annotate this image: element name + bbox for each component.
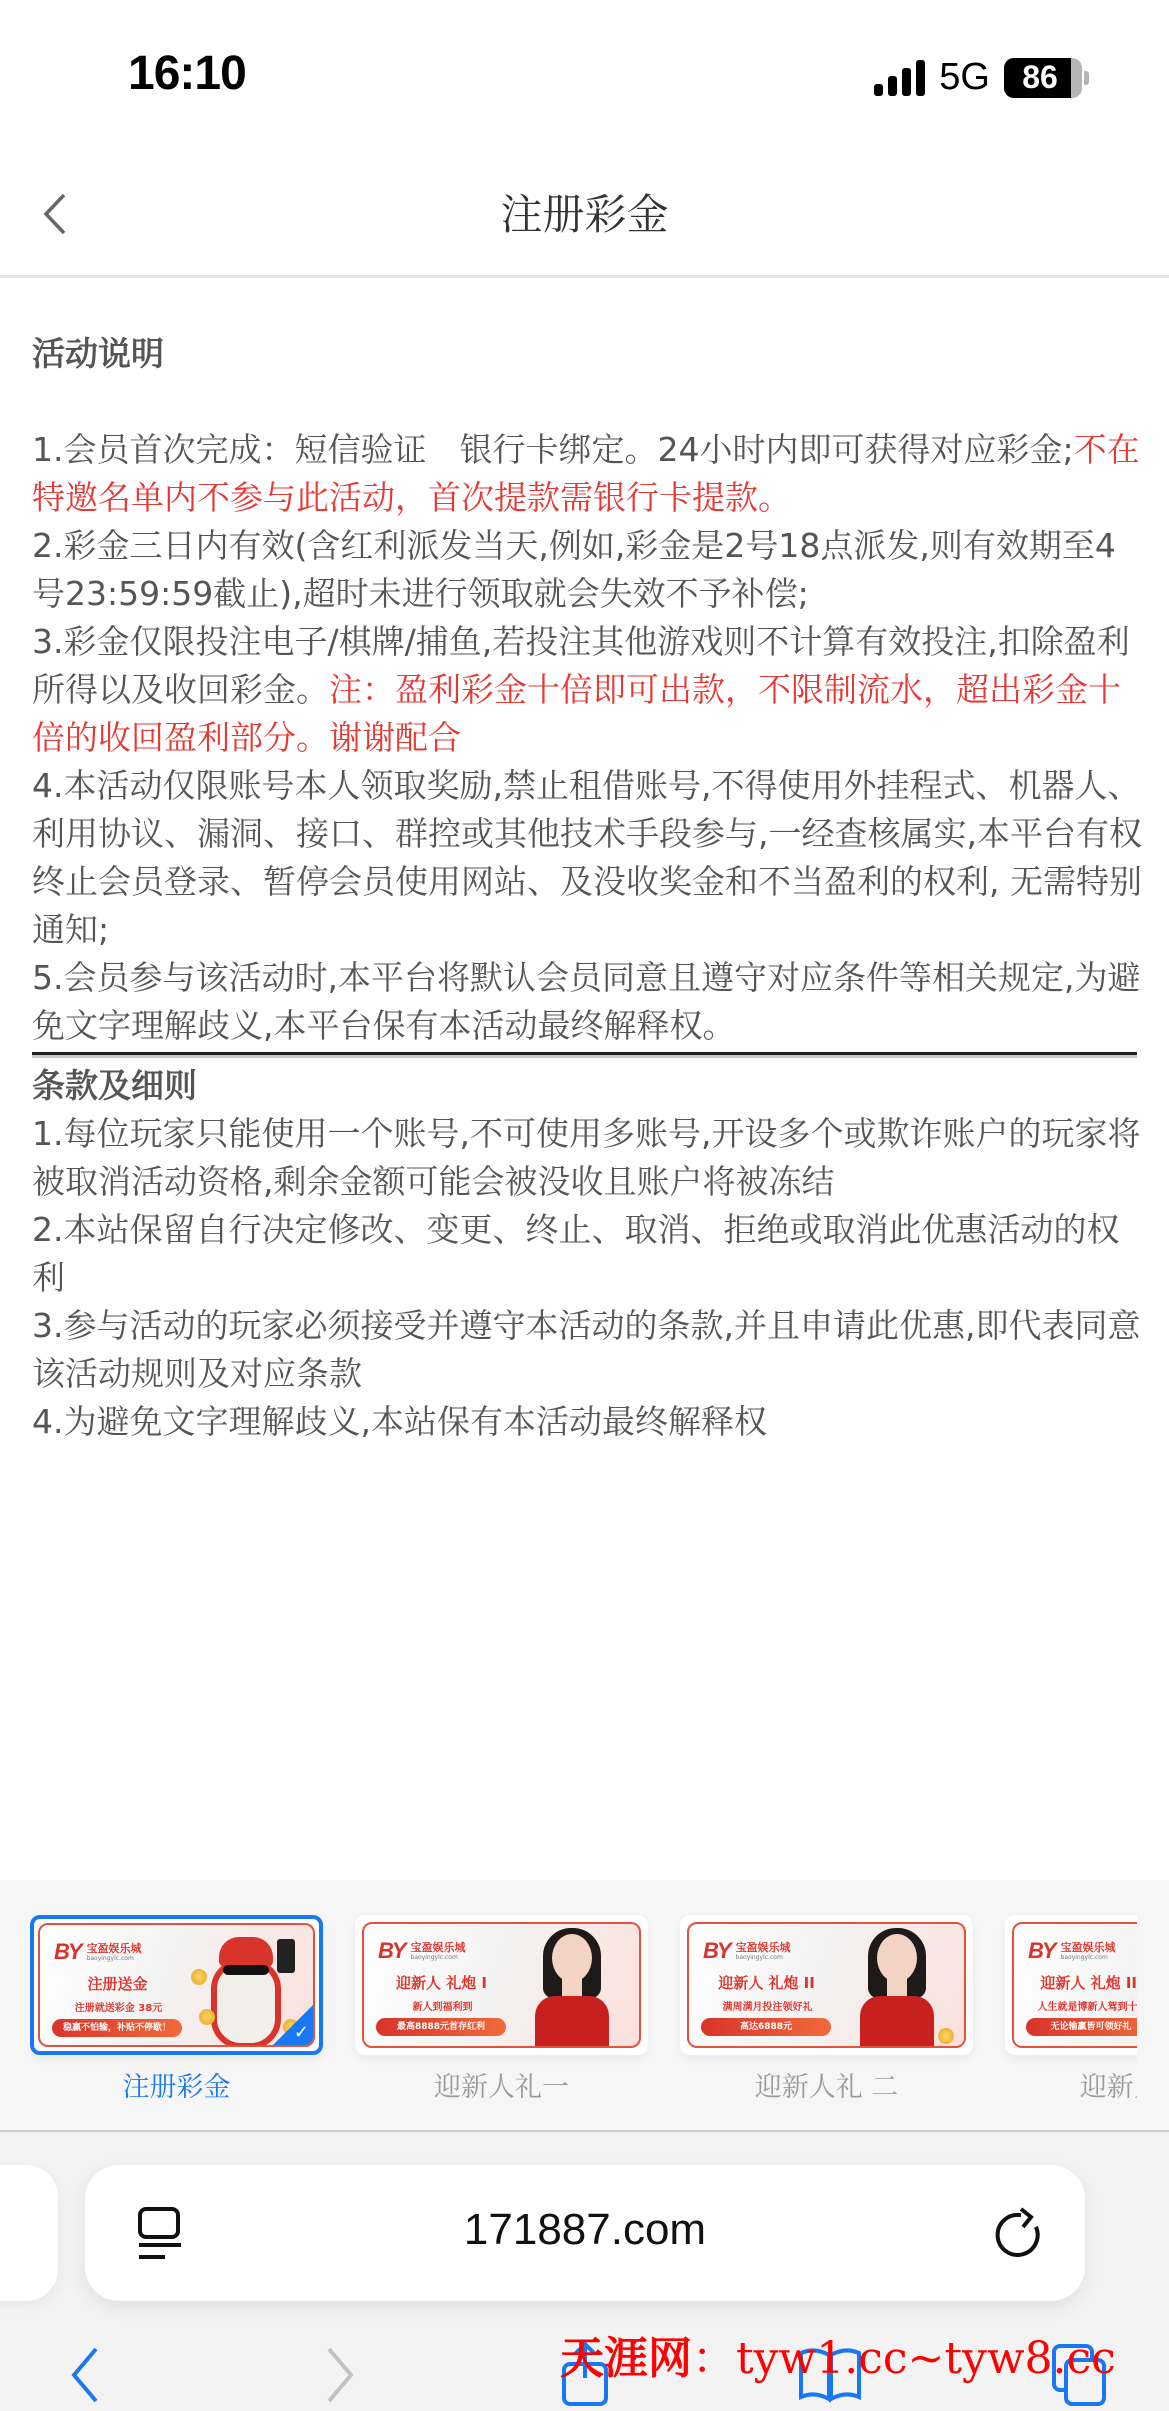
banner-headline: 迎新人 礼炮 II: [699, 1972, 834, 1993]
activity-item-text: 2.彩金三日内有效(含红利派发当天,例如,彩金是2号18点派发,则有效期至4号2…: [32, 526, 1116, 613]
terms-item-2: 2.本站保留自行决定修改、变更、终止、取消、拒绝或取消此优惠活动的权利: [32, 1206, 1142, 1302]
activity-item-1: 1.会员首次完成：短信验证 银行卡绑定。24小时内即可获得对应彩金;不在特邀名单…: [32, 426, 1142, 522]
banner-sub: 注册就送彩金 38元: [46, 1999, 191, 2014]
promo-banner: BY 宝盈娱乐城baoyingylc.com 迎新人 礼炮 II 满周满月投注领…: [687, 1922, 966, 2048]
page-title: 注册彩金: [0, 182, 1169, 242]
banner-headline: 迎新人 礼炮 I: [374, 1972, 509, 1993]
banner-headline: 注册送金: [50, 1973, 185, 1994]
activity-item-text: 1.会员首次完成：短信验证 银行卡绑定。24小时内即可获得对应彩金;: [32, 430, 1074, 469]
browser-bottom-bar: 171887.com: [0, 2130, 1169, 2411]
promo-card-register-bonus[interactable]: BY 宝盈娱乐城baoyingylc.com 注册送金 注册就送彩金 38元 稳…: [30, 1915, 323, 2105]
promo-banner: BY 宝盈娱乐城baoyingylc.com 迎新人 礼炮 I 新人到福利到 最…: [362, 1922, 641, 2048]
signal-icon: [874, 60, 925, 96]
banner-sub: 新人到福利到: [370, 1998, 515, 2013]
terms-item-3: 3.参与活动的玩家必须接受并遵守本活动的条款,并且申请此优惠,即代表同意该活动规…: [32, 1302, 1142, 1398]
promo-thumbnail: BY 宝盈娱乐城baoyingylc.com 注册送金 注册就送彩金 38元 稳…: [30, 1915, 323, 2055]
nav-header: 注册彩金: [0, 150, 1169, 278]
promo-thumbnail: BY 宝盈娱乐城baoyingylc.com 迎新人 礼炮 I 新人到福利到 最…: [355, 1915, 648, 2055]
watermark-separator: ：: [692, 2333, 736, 2384]
chevron-right-icon: [325, 2347, 355, 2403]
activity-heading: 活动说明: [32, 330, 1142, 378]
url-text[interactable]: 171887.com: [85, 2205, 1085, 2255]
banner-pill: 无论输赢皆可领好礼: [1026, 2018, 1137, 2036]
banner-pill: 高达6888元: [701, 2018, 831, 2036]
watermark-overlay: 天涯网：tyw1.cc~tyw8.cc: [560, 2322, 1116, 2386]
browser-forward-button[interactable]: [305, 2340, 375, 2410]
battery-tip: [1084, 71, 1089, 85]
status-bar: 16:10 5G 86: [0, 0, 1169, 150]
chevron-left-icon: [70, 2347, 100, 2403]
model-image: [842, 1928, 952, 2048]
brand-logo: BY 宝盈娱乐城baoyingylc.com: [1028, 1938, 1116, 1964]
status-indicators: 5G 86: [874, 56, 1089, 99]
watermark-domains: tyw1.cc~tyw8.cc: [736, 2333, 1116, 2384]
banner-headline: 迎新人 礼炮 III: [1024, 1972, 1137, 1993]
activity-item-5: 5.会员参与该活动时,本平台将默认会员同意且遵守对应条件等相关规定,为避免文字理…: [32, 954, 1142, 1050]
model-image: [517, 1928, 627, 2048]
terms-item-4: 4.为避免文字理解歧义,本站保有本活动最终解释权: [32, 1398, 1142, 1446]
activity-item-text: 5.会员参与该活动时,本平台将默认会员同意且遵守对应条件等相关规定,为避免文字理…: [32, 958, 1140, 1045]
section-divider: [32, 1052, 1137, 1058]
activity-item-4: 4.本活动仅限账号本人领取奖励,禁止租借账号,不得使用外挂程式、机器人、利用协议…: [32, 762, 1142, 954]
activity-item-2: 2.彩金三日内有效(含红利派发当天,例如,彩金是2号18点派发,则有效期至4号2…: [32, 522, 1142, 618]
promo-label: 迎新人礼 三: [1005, 2065, 1137, 2104]
promo-thumbnail: BY 宝盈娱乐城baoyingylc.com 迎新人 礼炮 II 满周满月投注领…: [680, 1915, 973, 2055]
terms-heading: 条款及细则: [32, 1062, 1142, 1110]
promo-carousel[interactable]: BY 宝盈娱乐城baoyingylc.com 注册送金 注册就送彩金 38元 稳…: [0, 1880, 1169, 2130]
brand-logo: BY 宝盈娱乐城baoyingylc.com: [378, 1938, 466, 1964]
content: 活动说明 1.会员首次完成：短信验证 银行卡绑定。24小时内即可获得对应彩金;不…: [32, 330, 1142, 1446]
banner-pill: 稳赢不怕输，补贴不停歇！: [52, 2019, 182, 2037]
checkmark-icon: ✓: [294, 2022, 309, 2043]
spacer: [32, 378, 1142, 426]
status-time: 16:10: [128, 46, 246, 101]
promo-card-newcomer-3[interactable]: BY 宝盈娱乐城baoyingylc.com 迎新人 礼炮 III 人生就是博新…: [1005, 1915, 1137, 2105]
activity-item-3: 3.彩金仅限投注电子/棋牌/捕鱼,若投注其他游戏则不计算有效投注,扣除盈利所得以…: [32, 618, 1142, 762]
banner-sub: 满周满月投注领好礼: [695, 1998, 840, 2013]
battery-level: 86: [1004, 58, 1076, 98]
activity-item-text: 4.本活动仅限账号本人领取奖励,禁止租借账号,不得使用外挂程式、机器人、利用协议…: [32, 766, 1142, 949]
promo-card-newcomer-2[interactable]: BY 宝盈娱乐城baoyingylc.com 迎新人 礼炮 II 满周满月投注领…: [680, 1915, 973, 2105]
reload-icon[interactable]: [989, 2203, 1049, 2263]
promo-thumbnail: BY 宝盈娱乐城baoyingylc.com 迎新人 礼炮 III 人生就是博新…: [1005, 1915, 1137, 2055]
banner-pill: 最高8888元首存红利: [376, 2018, 506, 2036]
browser-back-button[interactable]: [50, 2340, 120, 2410]
promo-label: 迎新人礼 二: [680, 2065, 973, 2104]
promo-card-newcomer-1[interactable]: BY 宝盈娱乐城baoyingylc.com 迎新人 礼炮 I 新人到福利到 最…: [355, 1915, 648, 2105]
promo-banner: BY 宝盈娱乐城baoyingylc.com 注册送金 注册就送彩金 38元 稳…: [38, 1923, 315, 2047]
banner-sub: 人生就是博新人驾到十元: [1020, 1998, 1137, 2013]
battery-icon: 86: [1004, 58, 1082, 98]
previous-tab-preview[interactable]: [0, 2165, 58, 2301]
watermark-site: 天涯网: [560, 2333, 692, 2384]
promo-label: 迎新人礼一: [355, 2065, 648, 2104]
carousel-track: BY 宝盈娱乐城baoyingylc.com 注册送金 注册就送彩金 38元 稳…: [30, 1880, 1137, 2130]
address-bar[interactable]: 171887.com: [85, 2165, 1085, 2301]
terms-item-1: 1.每位玩家只能使用一个账号,不可使用多账号,开设多个或欺诈账户的玩家将被取消活…: [32, 1110, 1142, 1206]
brand-logo: BY 宝盈娱乐城baoyingylc.com: [703, 1938, 791, 1964]
network-type: 5G: [939, 56, 990, 99]
promo-banner: BY 宝盈娱乐城baoyingylc.com 迎新人 礼炮 III 人生就是博新…: [1012, 1922, 1137, 2048]
promo-label: 注册彩金: [30, 2065, 323, 2104]
brand-logo: BY 宝盈娱乐城baoyingylc.com: [54, 1939, 142, 1965]
